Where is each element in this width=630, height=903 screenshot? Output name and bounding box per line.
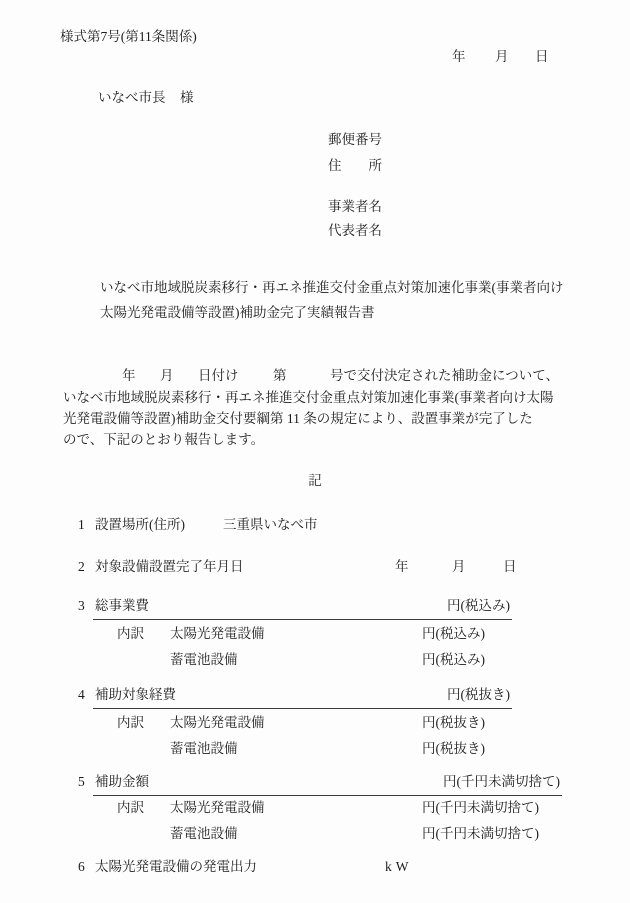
header-date-year-label: 年: [452, 46, 466, 68]
item5-row2-unit: 円(千円未満切捨て): [422, 823, 539, 845]
item6-unit: kW: [385, 856, 413, 878]
body-line4: ので、下記のとおり報告します。: [63, 429, 264, 451]
item1-number: 1: [78, 514, 85, 536]
document-title-line2: 太陽光発電設備等設置)補助金完了実績報告書: [100, 302, 375, 324]
item2-month-label: 月: [452, 556, 466, 578]
item5-amount-line: 補助金額 円(千円未満切捨て): [93, 771, 562, 796]
item5-row2-label: 蓄電池設備: [170, 823, 238, 845]
item4-unit: 円(税抜き): [447, 684, 510, 706]
item4-row2-label: 蓄電池設備: [170, 738, 238, 760]
body-date-month-label: 月: [160, 365, 174, 387]
address-label: 住 所: [328, 155, 382, 177]
item4-row2-unit: 円(税抜き): [422, 738, 485, 760]
item4-breakdown-label: 内訳: [117, 712, 144, 734]
body-date-year-label: 年: [122, 365, 136, 387]
item4-number: 4: [78, 684, 85, 706]
item3-number: 3: [78, 595, 85, 617]
header-date-day-label: 日: [535, 46, 549, 68]
item5-unit: 円(千円未満切捨て): [443, 771, 560, 793]
document-title-line1: いなべ市地域脱炭素移行・再エネ推進交付金重点対策加速化事業(事業者向け: [100, 277, 564, 299]
item2-year-label: 年: [395, 556, 409, 578]
postal-code-label: 郵便番号: [328, 129, 382, 151]
body-date-day-label: 日付け: [198, 365, 239, 387]
item5-breakdown-label: 内訳: [117, 797, 144, 819]
representative-name-label: 代表者名: [328, 220, 382, 242]
report-form-page: 様式第7号(第11条関係) 年 月 日 いなべ市長 様 郵便番号 住 所 事業者…: [0, 0, 630, 903]
item5-number: 5: [78, 771, 85, 793]
header-date-month-label: 月: [495, 46, 509, 68]
item4-label: 補助対象経費: [95, 684, 176, 706]
addressee-name: いなべ市長: [98, 87, 166, 109]
body-line1-rest: 号で交付決定された補助金について、: [330, 365, 559, 387]
item3-row1-label: 太陽光発電設備: [170, 623, 265, 645]
item6-number: 6: [78, 856, 85, 878]
item5-row1-unit: 円(千円未満切捨て): [422, 797, 539, 819]
item1-label: 設置場所(住所): [95, 514, 185, 536]
item4-row1-unit: 円(税抜き): [422, 712, 485, 734]
business-name-label: 事業者名: [328, 196, 382, 218]
addressee-honorific: 様: [180, 87, 194, 109]
item4-row1-label: 太陽光発電設備: [170, 712, 265, 734]
item2-number: 2: [78, 556, 85, 578]
item3-amount-line: 総事業費 円(税込み): [93, 595, 512, 620]
item2-day-label: 日: [503, 556, 517, 578]
body-decision-number-prefix: 第: [273, 365, 287, 387]
form-number: 様式第7号(第11条関係): [60, 26, 197, 48]
item4-amount-line: 補助対象経費 円(税抜き): [93, 684, 512, 709]
item5-label: 補助金額: [95, 771, 149, 793]
item3-breakdown-label: 内訳: [117, 623, 144, 645]
record-marker: 記: [0, 470, 630, 492]
item1-value: 三重県いなべ市: [223, 514, 318, 536]
item3-row2-label: 蓄電池設備: [170, 649, 238, 671]
item3-row2-unit: 円(税込み): [422, 649, 485, 671]
item6-label: 太陽光発電設備の発電出力: [95, 856, 257, 878]
body-line3: 光発電設備等設置)補助金交付要綱第 11 条の規定により、設置事業が完了した: [63, 408, 533, 430]
body-line2: いなべ市地域脱炭素移行・再エネ推進交付金重点対策加速化事業(事業者向け太陽: [63, 387, 554, 409]
item3-label: 総事業費: [95, 595, 149, 617]
item2-label: 対象設備設置完了年月日: [95, 556, 244, 578]
item3-unit: 円(税込み): [447, 595, 510, 617]
item3-row1-unit: 円(税込み): [422, 623, 485, 645]
item5-row1-label: 太陽光発電設備: [170, 797, 265, 819]
